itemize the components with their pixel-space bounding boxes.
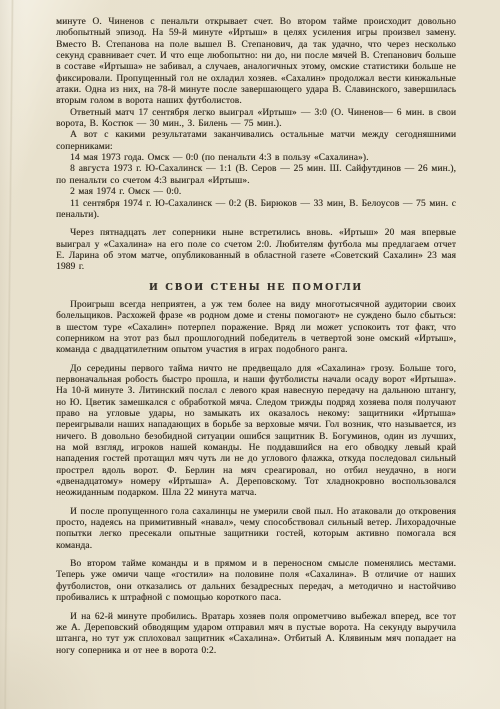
body-paragraph-after-goal: И после пропущенного гола сахалинцы не у… bbox=[56, 507, 456, 552]
page-left-edge-shading bbox=[0, 0, 26, 709]
scanned-page: минуте О. Чиненов с пенальти открывает с… bbox=[0, 0, 500, 709]
fifteen-years-paragraph: Через пятнадцать лет соперники ныне встр… bbox=[56, 228, 456, 273]
body-paragraph-loss: Проигрыш всегда неприятен, а уж тем боле… bbox=[56, 300, 456, 357]
article-heading: И СВОИ СТЕНЫ НЕ ПОМОГЛИ bbox=[56, 282, 456, 293]
body-paragraph-continuation: минуте О. Чиненов с пенальти открывает с… bbox=[56, 17, 456, 108]
return-match-result-paragraph: Ответный матч 17 сентября легко выиграл … bbox=[56, 108, 456, 131]
match-result-line-1974-sep: 11 сентября 1974 г. Ю-Сахалинск — 0:2 (В… bbox=[56, 199, 456, 222]
body-paragraph-62-minute: И на 62-й минуте пробились. Вратарь хозя… bbox=[56, 612, 456, 657]
body-paragraph-second-half: Во втором тайме команды и в прямом и в п… bbox=[56, 559, 456, 604]
body-paragraph-first-half: До середины первого тайма ничто не предв… bbox=[56, 364, 456, 500]
article-body: минуте О. Чиненов с пенальти открывает с… bbox=[56, 17, 456, 657]
results-intro-paragraph: А вот с какими результатами заканчивалис… bbox=[56, 130, 456, 153]
match-result-line-1973-may: 14 мая 1973 года. Омск — 0:0 (по пенальт… bbox=[56, 153, 456, 164]
match-result-line-1974-may: 2 мая 1974 г. Омск — 0:0. bbox=[56, 187, 456, 198]
match-result-line-1973-aug: 8 августа 1973 г. Ю-Сахалинск — 1:1 (В. … bbox=[56, 164, 456, 187]
page-fold-line bbox=[4, 0, 14, 709]
